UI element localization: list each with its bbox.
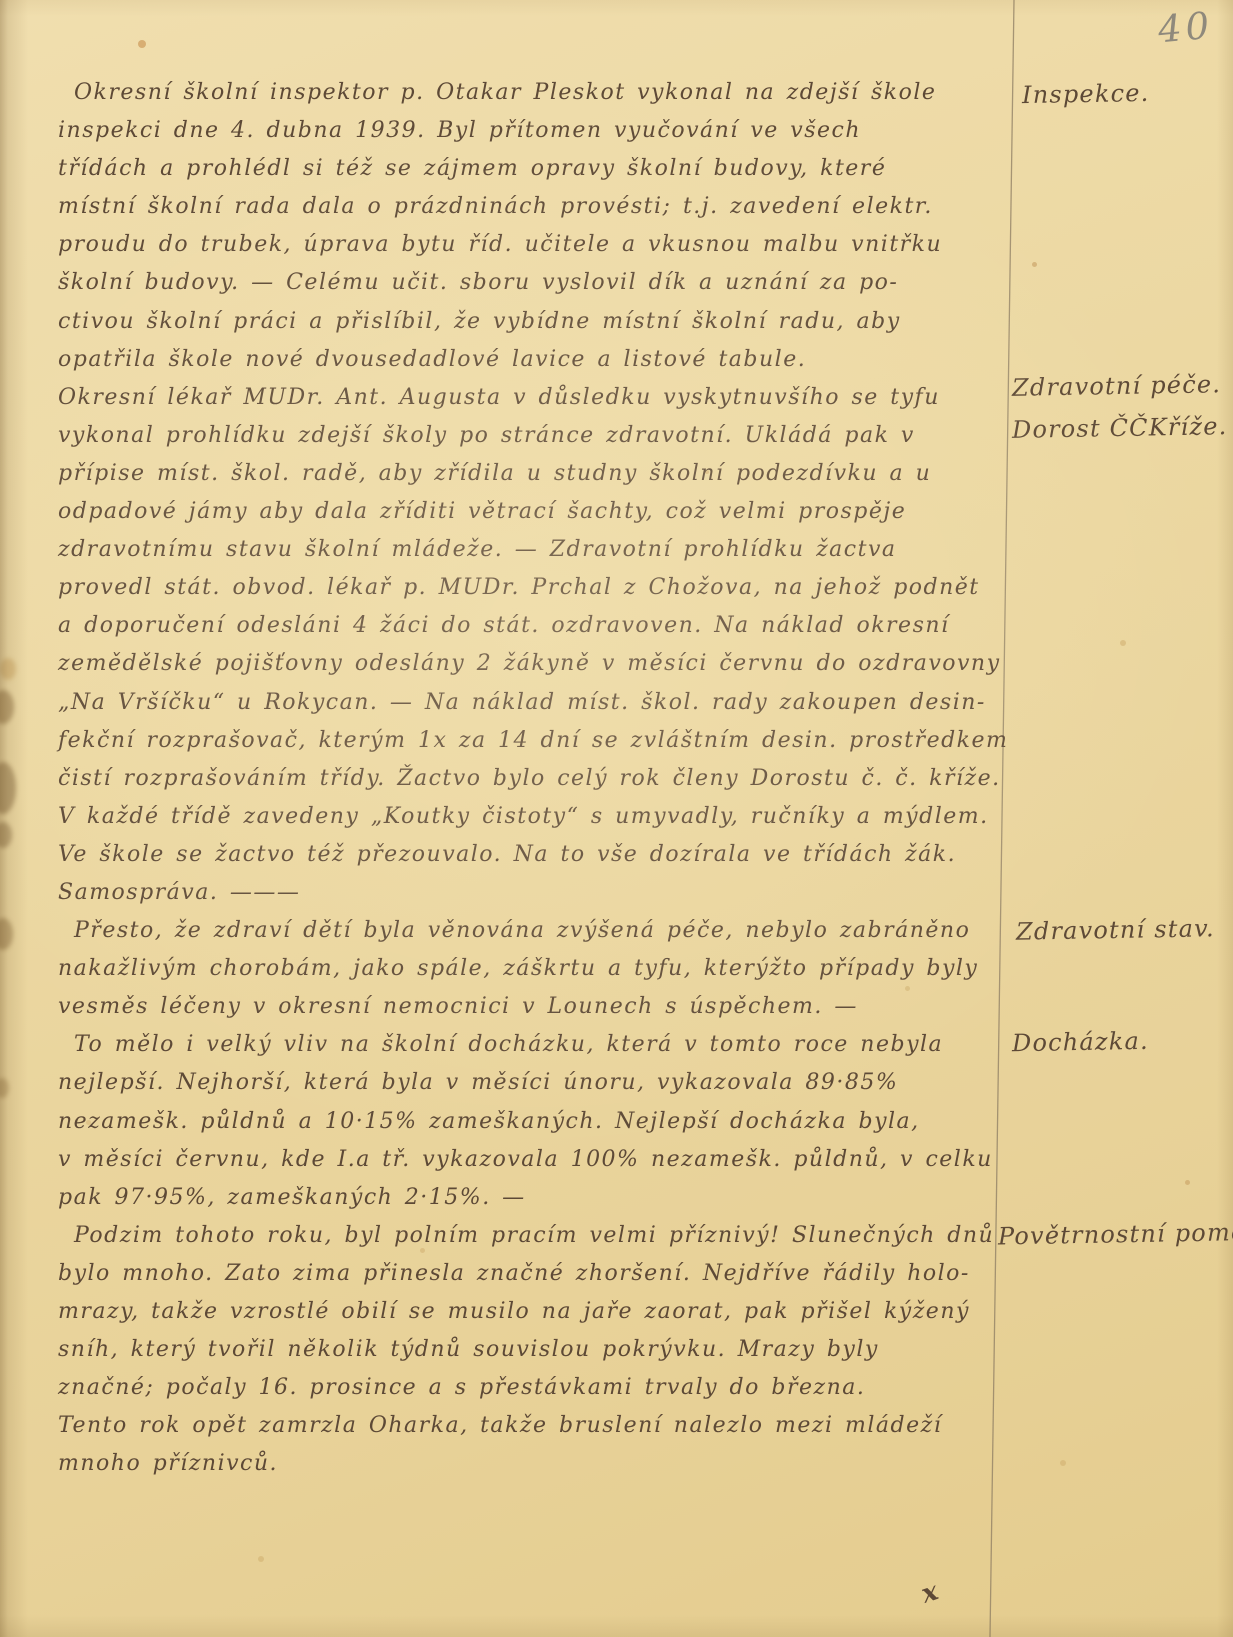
handwritten-line: bylo mnoho. Zato zima přinesla značné zh…: [58, 1255, 976, 1293]
handwritten-line: přípise míst. škol. radě, aby zřídila u …: [58, 455, 976, 493]
handwritten-line: Ve škole se žactvo též přezouvalo. Na to…: [58, 836, 976, 874]
handwritten-line: nezamešk. půldnů a 10·15% zameškaných. N…: [58, 1103, 976, 1141]
handwritten-line: a doporučení odesláni 4 žáci do stát. oz…: [58, 607, 976, 645]
handwritten-line: inspekci dne 4. dubna 1939. Byl přítomen…: [58, 112, 976, 150]
chronicle-page: 40 Okresní školní inspektor p. Otakar Pl…: [0, 0, 1233, 1637]
handwritten-line: pak 97·95%, zameškaných 2·15%. —: [58, 1179, 976, 1217]
handwritten-line: ctivou školní práci a přislíbil, že vybí…: [58, 303, 976, 341]
handwritten-line: „Na Vršíčku“ u Rokycan. — Na náklad míst…: [58, 684, 976, 722]
handwritten-line: místní školní rada dala o prázdninách pr…: [58, 188, 976, 226]
handwritten-line: vykonal prohlídku zdejší školy po stránc…: [58, 417, 976, 455]
handwritten-line: značné; počaly 16. prosince a s přestávk…: [58, 1369, 976, 1407]
handwritten-line: zemědělské pojišťovny odeslány 2 žákyně …: [58, 645, 976, 683]
margin-note-attendance: Docházka.: [1012, 1027, 1149, 1057]
handwritten-line: vesměs léčeny v okresní nemocnici v Loun…: [58, 988, 976, 1026]
handwritten-line: Podzim tohoto roku, byl polním pracím ve…: [58, 1217, 976, 1255]
handwritten-line: mrazy, takže vzrostlé obilí se musilo na…: [58, 1293, 976, 1331]
handwritten-line: To mělo i velký vliv na školní docházku,…: [58, 1026, 976, 1064]
margin-note-red-cross-youth: Dorost ČČKříže.: [1012, 412, 1228, 444]
handwritten-line: Tento rok opět zamrzla Oharka, takže bru…: [58, 1407, 976, 1445]
handwritten-line: opatřila škole nové dvousedadlové lavice…: [58, 341, 976, 379]
handwritten-line: sníh, který tvořil několik týdnů souvisl…: [58, 1331, 976, 1369]
margin-note-health-status: Zdravotní stav.: [1016, 914, 1215, 945]
margin-note-weather: Povětrnostní poměry.: [998, 1218, 1233, 1251]
handwritten-line: třídách a prohlédl si též se zájmem opra…: [58, 150, 976, 188]
handwritten-line: Okresní lékař MUDr. Ant. Augusta v důsle…: [58, 379, 976, 417]
handwritten-line: proudu do trubek, úprava bytu říd. učite…: [58, 226, 976, 264]
page-number: 40: [1156, 4, 1215, 52]
handwritten-line: nejlepší. Nejhorší, která byla v měsíci …: [58, 1064, 976, 1102]
handwritten-line: Samospráva. ———: [58, 874, 976, 912]
handwritten-line: Přesto, že zdraví dětí byla věnována zvý…: [58, 912, 976, 950]
handwritten-body: Okresní školní inspektor p. Otakar Plesk…: [58, 74, 976, 1483]
handwritten-line: fekční rozprašovač, kterým 1x za 14 dní …: [58, 722, 976, 760]
handwritten-line: zdravotnímu stavu školní mládeže. — Zdra…: [58, 531, 976, 569]
handwritten-line: školní budovy. — Celému učit. sboru vysl…: [58, 264, 976, 302]
handwritten-line: provedl stát. obvod. lékař p. MUDr. Prch…: [58, 569, 976, 607]
handwritten-line: Okresní školní inspektor p. Otakar Plesk…: [58, 74, 976, 112]
handwritten-line: mnoho příznivců.: [58, 1445, 976, 1483]
margin-note-inspection: Inspekce.: [1022, 79, 1150, 109]
handwritten-line: V každé třídě zavedeny „Koutky čistoty“ …: [58, 798, 976, 836]
handwritten-line: nakažlivým chorobám, jako spále, záškrtu…: [58, 950, 976, 988]
margin-note-health-care: Zdravotní péče.: [1012, 370, 1222, 402]
handwritten-line: odpadové jámy aby dala zříditi větrací š…: [58, 493, 976, 531]
handwritten-line: v měsíci červnu, kde I.a tř. vykazovala …: [58, 1141, 976, 1179]
handwritten-line: čistí rozprašováním třídy. Žactvo bylo c…: [58, 760, 976, 798]
